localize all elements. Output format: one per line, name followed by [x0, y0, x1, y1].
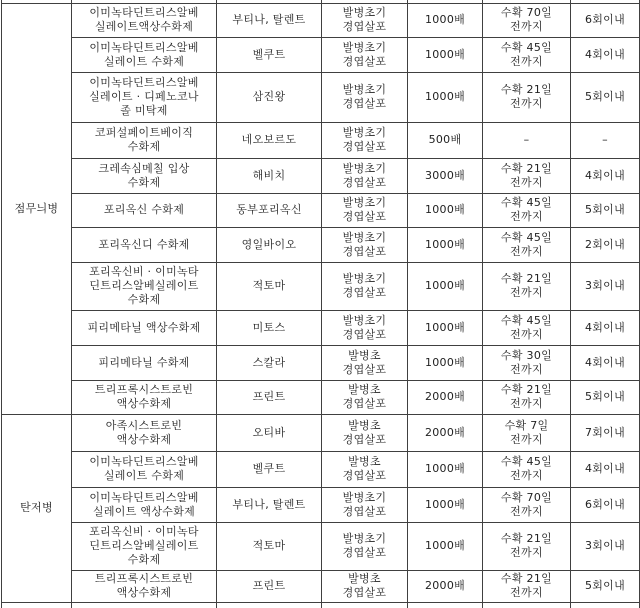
dilution-cell: 1000배 — [408, 487, 483, 522]
table-row: 포리옥신비 · 이미녹타 딘트리스알베실레이트 수화제적토마발병초기 경엽살포1… — [2, 262, 640, 310]
phi-cell: 수확 21일 전까지 — [483, 158, 571, 193]
max-use-cell: 4회이내 — [571, 158, 640, 193]
method-cell: 발병초기 경엽살포 — [322, 522, 408, 570]
pesticide-usage-table: 점무늬병이미녹타딘트리스알베 실레이트액상수화제부티나, 탈렌트발병초기 경엽살… — [1, 0, 640, 608]
brand-cell: 영일바이오 — [217, 227, 322, 262]
method-cell: 발병초기 경엽살포 — [322, 37, 408, 72]
phi-cell: 수확 21일 전까지 — [483, 522, 571, 570]
chemical-cell: 크레속심메칠 입상 수화제 — [72, 158, 217, 193]
table-row: 피리메타닐 수화제스칼라발병초 경엽살포1000배수확 30일 전까지4회이내 — [2, 345, 640, 380]
max-use-cell: 6회이내 — [571, 3, 640, 37]
dilution-cell: 1000배 — [408, 345, 483, 380]
chemical-cell: 피리메타닐 액상수화제 — [72, 310, 217, 345]
table-row: 이미녹타딘트리스알베 실레이트 · 디페노코나 졸 미탁제삼진왕발병초기 경엽살… — [2, 72, 640, 122]
max-use-cell: 6회이내 — [571, 487, 640, 522]
brand-cell: 프린트 — [217, 380, 322, 414]
dilution-cell: 2000배 — [408, 414, 483, 451]
partial-cell — [483, 602, 571, 608]
table-row: 포리옥신 수화제동부포리옥신발병초기 경엽살포1000배수확 45일 전까지5회… — [2, 193, 640, 227]
chemical-cell: 포리옥신비 · 이미녹타 딘트리스알베실레이트 수화제 — [72, 522, 217, 570]
chemical-cell: 코퍼설페이트베이직 수화제 — [72, 122, 217, 158]
max-use-cell: 5회이내 — [571, 570, 640, 602]
chemical-cell: 트리프록시스트로빈 액상수화제 — [72, 380, 217, 414]
max-use-cell: 3회이내 — [571, 262, 640, 310]
chemical-cell: 트리프록시스트로빈 액상수화제 — [72, 570, 217, 602]
phi-cell: 수확 21일 전까지 — [483, 72, 571, 122]
phi-cell: 수확 70일 전까지 — [483, 3, 571, 37]
phi-cell: 수확 45일 전까지 — [483, 227, 571, 262]
partial-cell — [2, 602, 72, 608]
dilution-cell: 1000배 — [408, 193, 483, 227]
method-cell: 발병초기 경엽살포 — [322, 262, 408, 310]
max-use-cell: – — [571, 122, 640, 158]
brand-cell: 부티나, 탈렌트 — [217, 487, 322, 522]
brand-cell: 부티나, 탈렌트 — [217, 3, 322, 37]
phi-cell: – — [483, 122, 571, 158]
method-cell: 발병초기 경엽살포 — [322, 487, 408, 522]
brand-cell: 네오보르도 — [217, 122, 322, 158]
disease-cell: 탄저병 — [2, 414, 72, 602]
phi-cell: 수확 45일 전까지 — [483, 193, 571, 227]
brand-cell: 미토스 — [217, 310, 322, 345]
max-use-cell: 2회이내 — [571, 227, 640, 262]
dilution-cell: 1000배 — [408, 37, 483, 72]
dilution-cell: 1000배 — [408, 262, 483, 310]
phi-cell: 수확 21일 전까지 — [483, 570, 571, 602]
partial-cell — [408, 602, 483, 608]
method-cell: 발병초기 경엽살포 — [322, 122, 408, 158]
chemical-cell: 이미녹타딘트리스알베 실레이트 액상수화제 — [72, 487, 217, 522]
max-use-cell: 7회이내 — [571, 414, 640, 451]
partial-cell — [72, 602, 217, 608]
dilution-cell: 2000배 — [408, 570, 483, 602]
method-cell: 발병초기 경엽살포 — [322, 3, 408, 37]
max-use-cell: 3회이내 — [571, 522, 640, 570]
table-row: 이미녹타딘트리스알베 실레이트 액상수화제부티나, 탈렌트발병초기 경엽살포10… — [2, 487, 640, 522]
brand-cell: 적토마 — [217, 522, 322, 570]
phi-cell: 수확 7일 전까지 — [483, 414, 571, 451]
max-use-cell: 4회이내 — [571, 37, 640, 72]
dilution-cell: 1000배 — [408, 227, 483, 262]
partial-cell — [322, 602, 408, 608]
table-row: 트리프록시스트로빈 액상수화제프린트발병초 경엽살포2000배수확 21일 전까… — [2, 570, 640, 602]
chemical-cell: 이미녹타딘트리스알베 실레이트 수화제 — [72, 451, 217, 487]
chemical-cell: 포리옥신디 수화제 — [72, 227, 217, 262]
disease-cell: 점무늬병 — [2, 3, 72, 414]
method-cell: 발병초 경엽살포 — [322, 380, 408, 414]
partial-cell — [217, 602, 322, 608]
max-use-cell: 5회이내 — [571, 380, 640, 414]
method-cell: 발병초 경엽살포 — [322, 345, 408, 380]
dilution-cell: 1000배 — [408, 451, 483, 487]
phi-cell: 수확 21일 전까지 — [483, 380, 571, 414]
method-cell: 발병초기 경엽살포 — [322, 227, 408, 262]
chemical-cell: 아족시스트로빈 액상수화제 — [72, 414, 217, 451]
table-row: 이미녹타딘트리스알베 실레이트 수화제벨쿠트발병초기 경엽살포1000배수확 4… — [2, 37, 640, 72]
table-row: 피리메타닐 액상수화제미토스발병초기 경엽살포1000배수확 45일 전까지4회… — [2, 310, 640, 345]
max-use-cell: 4회이내 — [571, 345, 640, 380]
table-row: 점무늬병이미녹타딘트리스알베 실레이트액상수화제부티나, 탈렌트발병초기 경엽살… — [2, 3, 640, 37]
method-cell: 발병초 경엽살포 — [322, 414, 408, 451]
table-row: 크레속심메칠 입상 수화제해비치발병초기 경엽살포3000배수확 21일 전까지… — [2, 158, 640, 193]
brand-cell: 동부포리옥신 — [217, 193, 322, 227]
dilution-cell: 1000배 — [408, 522, 483, 570]
method-cell: 발병초기 경엽살포 — [322, 72, 408, 122]
brand-cell: 스칼라 — [217, 345, 322, 380]
max-use-cell: 4회이내 — [571, 451, 640, 487]
max-use-cell: 5회이내 — [571, 193, 640, 227]
brand-cell: 적토마 — [217, 262, 322, 310]
method-cell: 발병초기 경엽살포 — [322, 158, 408, 193]
phi-cell: 수확 45일 전까지 — [483, 37, 571, 72]
table-row: 포리옥신비 · 이미녹타 딘트리스알베실레이트 수화제적토마발병초기 경엽살포1… — [2, 522, 640, 570]
phi-cell: 수확 30일 전까지 — [483, 345, 571, 380]
method-cell: 발병초 경엽살포 — [322, 570, 408, 602]
brand-cell: 해비치 — [217, 158, 322, 193]
method-cell: 발병초기 경엽살포 — [322, 193, 408, 227]
brand-cell: 벨쿠트 — [217, 37, 322, 72]
table-row: 포리옥신디 수화제영일바이오발병초기 경엽살포1000배수확 45일 전까지2회… — [2, 227, 640, 262]
chemical-cell: 이미녹타딘트리스알베 실레이트액상수화제 — [72, 3, 217, 37]
table-row: 탄저병아족시스트로빈 액상수화제오티바발병초 경엽살포2000배수확 7일 전까… — [2, 414, 640, 451]
brand-cell: 프린트 — [217, 570, 322, 602]
max-use-cell: 5회이내 — [571, 72, 640, 122]
phi-cell: 수확 70일 전까지 — [483, 487, 571, 522]
chemical-cell: 피리메타닐 수화제 — [72, 345, 217, 380]
max-use-cell: 4회이내 — [571, 310, 640, 345]
table-row: 트리프록시스트로빈 액상수화제프린트발병초 경엽살포2000배수확 21일 전까… — [2, 380, 640, 414]
chemical-cell: 포리옥신비 · 이미녹타 딘트리스알베실레이트 수화제 — [72, 262, 217, 310]
partial-cell — [571, 602, 640, 608]
phi-cell: 수확 45일 전까지 — [483, 451, 571, 487]
dilution-cell: 1000배 — [408, 310, 483, 345]
method-cell: 발병초 경엽살포 — [322, 451, 408, 487]
dilution-cell: 500배 — [408, 122, 483, 158]
table-row: 코퍼설페이트베이직 수화제네오보르도발병초기 경엽살포500배–– — [2, 122, 640, 158]
chemical-cell: 포리옥신 수화제 — [72, 193, 217, 227]
partial-row-bottom — [2, 602, 640, 608]
table-row: 이미녹타딘트리스알베 실레이트 수화제벨쿠트발병초 경엽살포1000배수확 45… — [2, 451, 640, 487]
phi-cell: 수확 45일 전까지 — [483, 310, 571, 345]
chemical-cell: 이미녹타딘트리스알베 실레이트 수화제 — [72, 37, 217, 72]
table-body: 점무늬병이미녹타딘트리스알베 실레이트액상수화제부티나, 탈렌트발병초기 경엽살… — [2, 0, 640, 608]
dilution-cell: 3000배 — [408, 158, 483, 193]
method-cell: 발병초기 경엽살포 — [322, 310, 408, 345]
dilution-cell: 1000배 — [408, 72, 483, 122]
brand-cell: 벨쿠트 — [217, 451, 322, 487]
phi-cell: 수확 21일 전까지 — [483, 262, 571, 310]
dilution-cell: 2000배 — [408, 380, 483, 414]
chemical-cell: 이미녹타딘트리스알베 실레이트 · 디페노코나 졸 미탁제 — [72, 72, 217, 122]
dilution-cell: 1000배 — [408, 3, 483, 37]
brand-cell: 오티바 — [217, 414, 322, 451]
brand-cell: 삼진왕 — [217, 72, 322, 122]
